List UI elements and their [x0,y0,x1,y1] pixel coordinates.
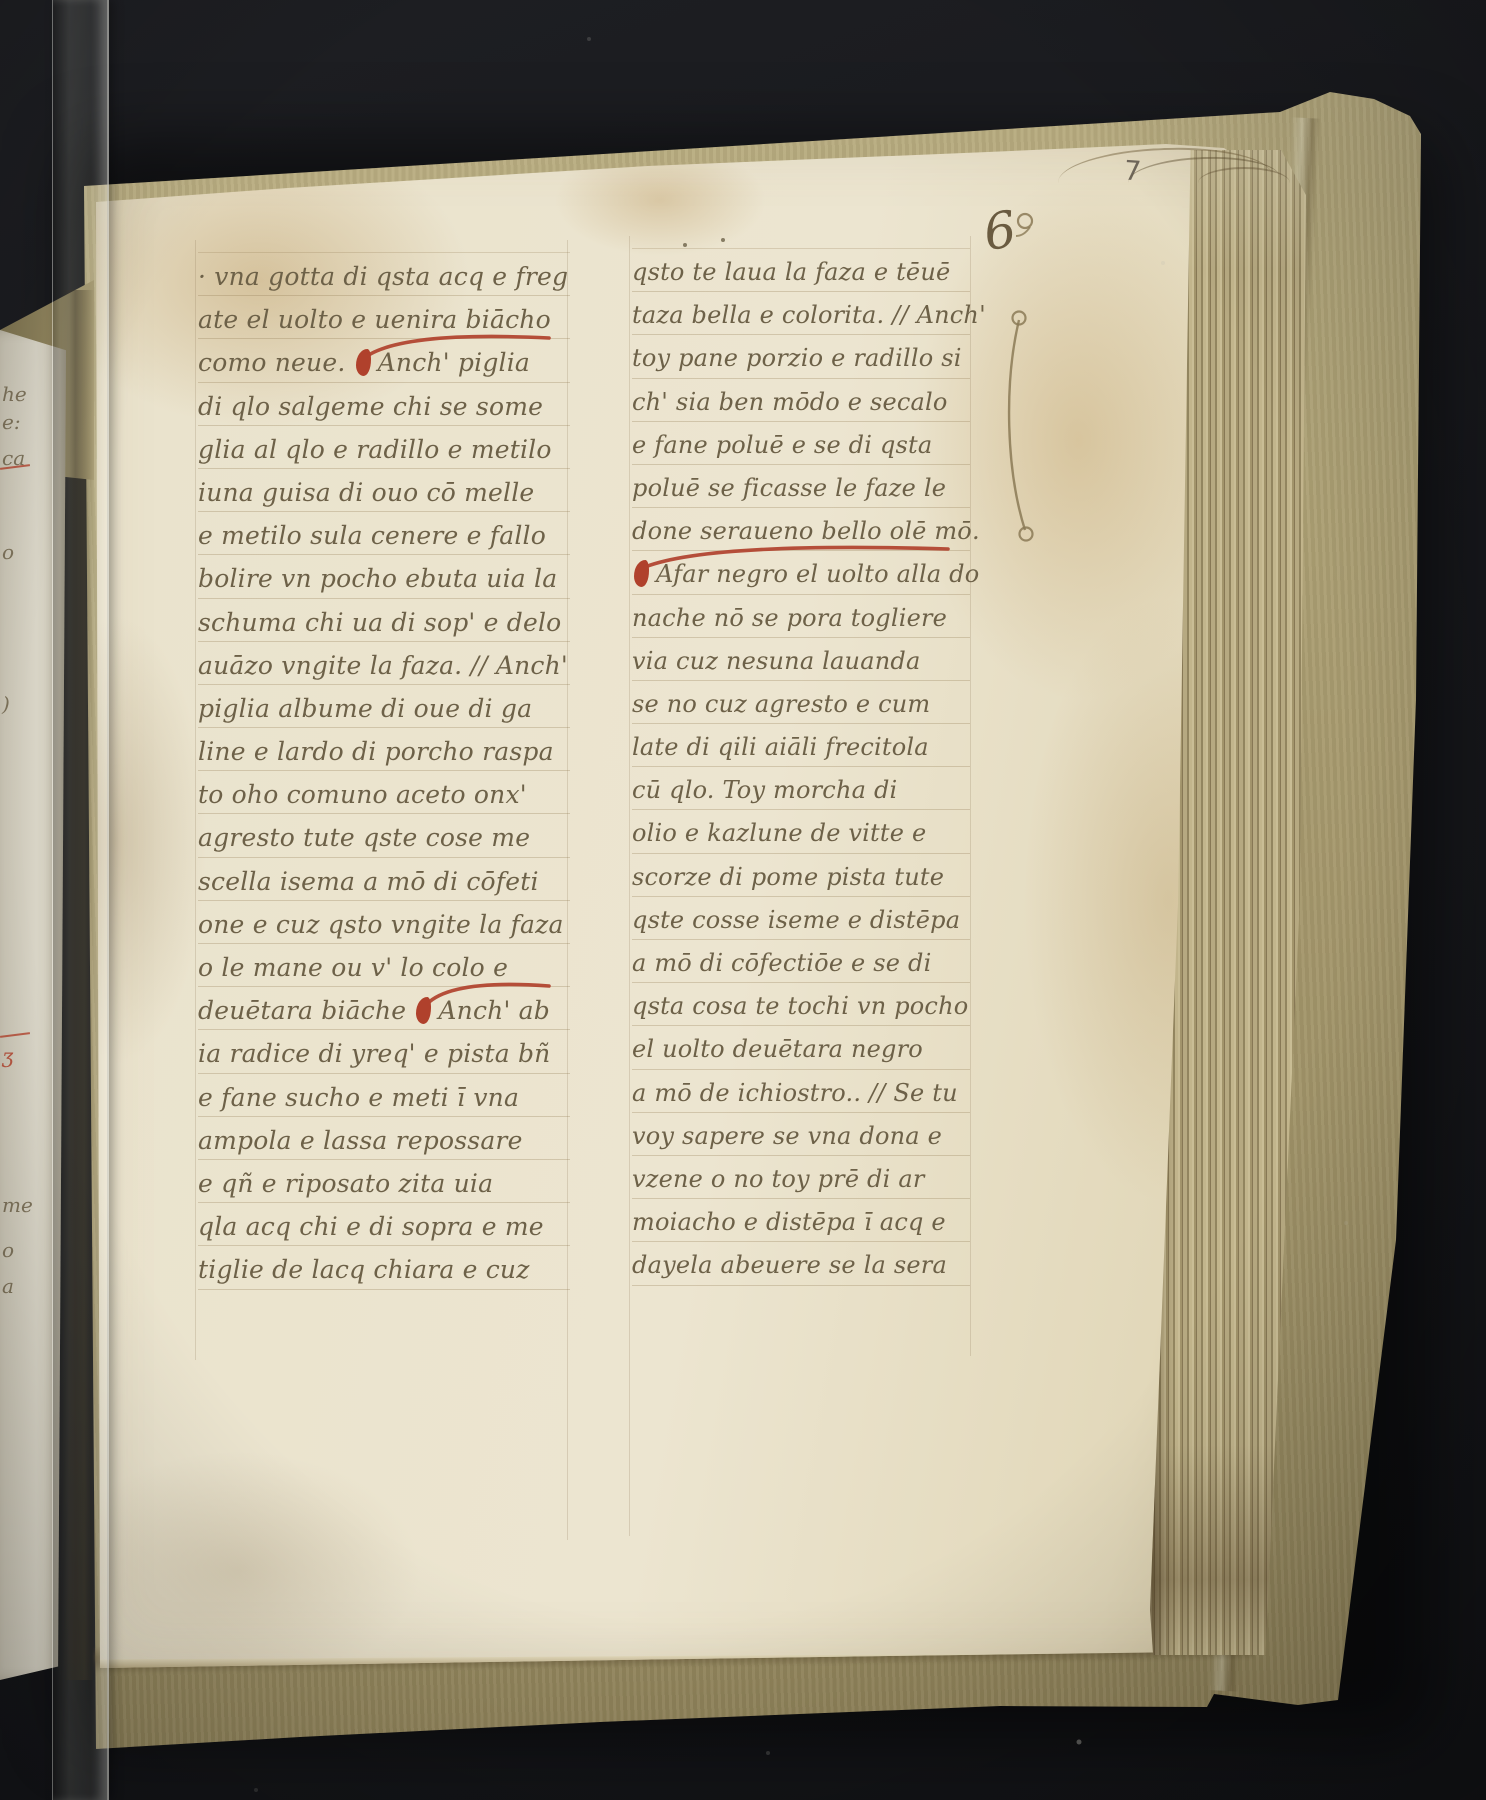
manuscript-text-line: taza bella e colorita. // Anch' [632,292,970,335]
manuscript-text-line: one e cuz qsto vngite la faza [198,901,570,944]
rubric-tail-flourish [424,977,553,1007]
manuscript-text-line: se no cuz agresto e cum [632,681,970,724]
manuscript-text-line: olio e kazlune de vitte e [632,810,970,853]
verso-letter-fragment: e: [2,410,21,434]
manuscript-text-line: poluē se ficasse le faze le [632,465,970,508]
manuscript-text-line: qsta cosa te tochi vn pocho [632,983,970,1026]
manuscript-text-line: · vna gotta di qsta acq e freg [198,253,570,296]
manuscript-text-line: dayela abeuere se la sera [632,1242,970,1285]
text-column-left: · vna gotta di qsta acq e fregate el uol… [198,252,570,1290]
ruling-vertical-right-inner [629,236,630,1536]
manuscript-text-line: agresto tute qste cose me [198,814,570,857]
manuscript-text-line: auāzo vngite la faza. // Anch' [198,642,570,685]
manuscript-text-line: deuētara biāche Anch' ab [198,987,570,1030]
verso-letter-fragment: Ʒ [2,1048,13,1072]
manuscript-text-line: a mō de ichiostro.. // Se tu [632,1070,970,1113]
manuscript-text-line: piglia albume di oue di ga [198,685,570,728]
verso-letter-fragment: o [2,540,14,564]
verso-letter-fragment: a [2,1274,14,1298]
ink-dot [721,238,725,242]
manuscript-text-line: voy sapere se vna dona e [632,1113,970,1156]
manuscript-text-line: via cuz nesuna lauanda [632,638,970,681]
dust-specks [0,0,2,2]
verso-letter-fragment: o [2,1238,14,1262]
manuscript-text-line: qla acq chi e di sopra e me [198,1203,570,1246]
text-column-right: qsto te laua la faza e tēuētaza bella e … [632,248,970,1286]
manuscript-text-line: bolire vn pocho ebuta uia la [198,555,570,598]
manuscript-text-line: moiacho e distēpa ī acq e [632,1199,970,1242]
glass-weight-strip [52,0,109,1800]
manuscript-text-line: late di qili aiāli frecitola [632,724,970,767]
rubric-capitulum-mark [634,560,649,587]
ink-dot [683,243,687,247]
verso-letter-fragment: he [2,382,27,406]
manuscript-text-line: toy pane porzio e radillo si [632,335,970,378]
manuscript-text-line: schuma chi ua di sop' e delo [198,599,570,642]
manuscript-text-line: glia al qlo e radillo e metilo [198,426,570,469]
manuscript-text-line: e fane poluē e se di qsta [632,422,970,465]
manuscript-photo-background: 7 6 · vna gotta di qsta acq e fregate el… [0,0,1486,1800]
manuscript-text-line: di qlo salgeme chi se some [198,383,570,426]
rubric-capitulum-mark [356,349,371,376]
manuscript-text-line: scorze di pome pista tute [632,854,970,897]
ruling-vertical-left-outer [195,240,196,1360]
manuscript-text-line: line e lardo di porcho raspa [198,728,570,771]
manuscript-text-line: iuna guisa di ouo cō melle [198,469,570,512]
ruling-vertical-right-outer [970,236,971,1356]
manuscript-text-line: e fane sucho e meti ī vna [198,1074,570,1117]
manuscript-text-line: qste cosse iseme e distēpa [632,897,970,940]
manuscript-text-line: cū qlo. Toy morcha di [632,767,970,810]
manuscript-text-line: to oho comuno aceto onx' [198,771,570,814]
manuscript-text-line: el uolto deuētara negro [632,1026,970,1069]
manuscript-text-line: ampola e lassa repossare [198,1117,570,1160]
manuscript-text-line: ia radice di yreq' e pista bñ [198,1030,570,1073]
manuscript-page-recto: 7 6 · vna gotta di qsta acq e fregate el… [88,140,1266,1668]
manuscript-text-line: como neue. Anch' piglia [198,339,570,382]
manuscript-text-line: e metilo sula cenere e fallo [198,512,570,555]
verso-letter-fragment: ) [2,692,10,716]
manuscript-text-line: tiglie de lacq chiara e cuz [198,1246,570,1289]
manuscript-text-line: scella isema a mō di cōfeti [198,858,570,901]
page-edge-arc [1198,167,1290,199]
manuscript-text-line: nache nō se pora togliere [632,595,970,638]
manuscript-text-line: e qñ e riposato zita uia [198,1160,570,1203]
nota-bracket-icon [1000,208,1046,558]
verso-letter-fragment: me [2,1193,33,1217]
manuscript-text-line: vzene o no toy prē di ar [632,1156,970,1199]
rubric-tail-flourish [642,540,952,570]
rubric-tail-flourish [364,329,553,359]
manuscript-text-line: Afar negro el uolto alla do [632,551,970,594]
manuscript-text-line: ch' sia ben mōdo e secalo [632,379,970,422]
rubric-capitulum-mark [416,997,431,1024]
manuscript-text-line: a mō di cōfectiōe e se di [632,940,970,983]
manuscript-text-line: qsto te laua la faza e tēuē [632,249,970,292]
verso-red-flourish [0,1032,30,1038]
